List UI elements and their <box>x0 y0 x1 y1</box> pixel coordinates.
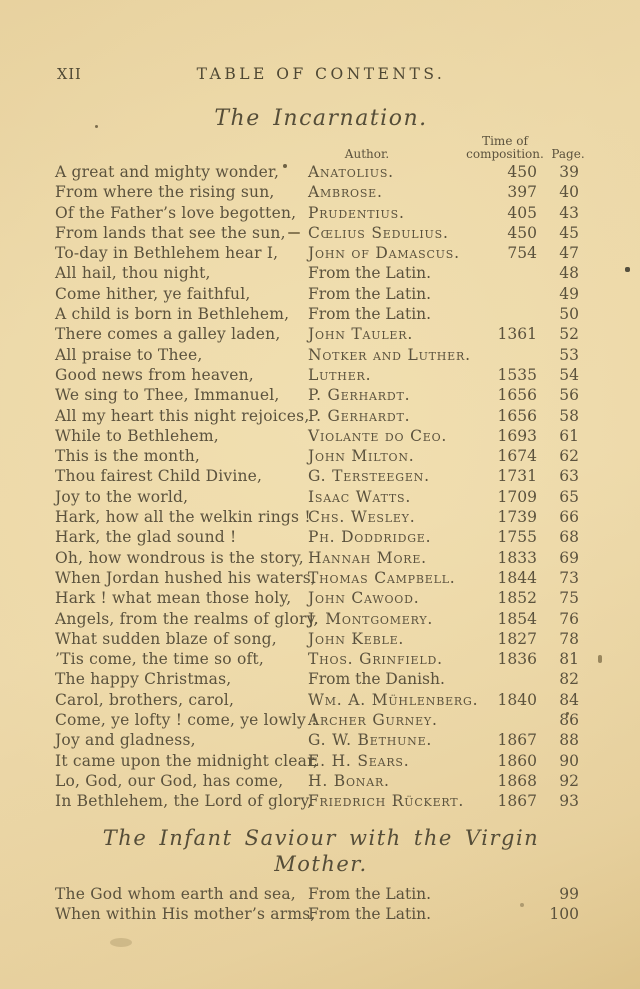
composition-year <box>480 904 537 924</box>
composition-year <box>480 345 537 365</box>
hymn-author: E. H. Sears. <box>308 751 480 771</box>
hymn-first-line: Thou fairest Child Divine, <box>55 466 308 486</box>
toc-row: To-day in Bethlehem hear I,John of Damas… <box>55 243 587 263</box>
page-number: 99 <box>537 884 587 904</box>
hymn-first-line: It came upon the midnight clear, <box>55 751 308 771</box>
composition-year: 1840 <box>480 690 537 710</box>
hymn-first-line: From lands that see the sun, <box>55 223 308 243</box>
toc-row: From lands that see the sun,Cœlius Sedul… <box>55 223 587 243</box>
hymn-first-line: To-day in Bethlehem hear I, <box>55 243 308 263</box>
composition-year: 1836 <box>480 649 537 669</box>
hymn-first-line: What sudden blaze of song, <box>55 629 308 649</box>
toc-row: Carol, brothers, carol,Wm. A. Mühlenberg… <box>55 690 587 710</box>
composition-year: 1860 <box>480 751 537 771</box>
toc-row: What sudden blaze of song,John Keble.182… <box>55 629 587 649</box>
page-number: 47 <box>537 243 587 263</box>
hymn-first-line: Oh, how wondrous is the story, <box>55 548 308 568</box>
page-number: 61 <box>537 426 587 446</box>
hymn-first-line: This is the month, <box>55 446 308 466</box>
toc-row: It came upon the midnight clear,E. H. Se… <box>55 751 587 771</box>
hymn-author: P. Gerhardt. <box>308 406 480 426</box>
toc-row: While to Bethlehem,Violante do Ceo.16936… <box>55 426 587 446</box>
page-number: 90 <box>537 751 587 771</box>
hymn-first-line: The happy Christmas, <box>55 669 308 689</box>
toc-row: From where the rising sun,Ambrose.39740 <box>55 182 587 202</box>
hymn-author: John Tauler. <box>308 324 480 344</box>
composition-year: 1709 <box>480 487 537 507</box>
toc-row: When within His mother’s arms,From the L… <box>55 904 587 924</box>
toc-row: This is the month,John Milton.167462 <box>55 446 587 466</box>
composition-year: 1535 <box>480 365 537 385</box>
composition-year: 450 <box>480 223 537 243</box>
time-header-line2: composition. <box>453 148 557 161</box>
page-number: 81 <box>537 649 587 669</box>
hymn-author: From the Latin. <box>308 304 480 324</box>
hymn-author: G. Tersteegen. <box>308 466 480 486</box>
hymn-author: Ph. Doddridge. <box>308 527 480 547</box>
hymn-first-line: We sing to Thee, Immanuel, <box>55 385 308 405</box>
paper-speck <box>95 125 98 128</box>
running-head-title: TABLE OF CONTENTS. <box>57 65 585 83</box>
toc-row: ’Tis come, the time so oft,Thos. Grinfie… <box>55 649 587 669</box>
column-headers: Author.Time ofcomposition.Page. <box>55 132 587 162</box>
table-of-contents: The Incarnation.Author.Time ofcompositio… <box>55 100 587 924</box>
toc-row: Good news from heaven,Luther.153554 <box>55 365 587 385</box>
hymn-first-line: Hark, the glad sound ! <box>55 527 308 547</box>
page-number: 45 <box>537 223 587 243</box>
hymn-first-line: In Bethlehem, the Lord of glory, <box>55 791 308 811</box>
hymn-first-line: A child is born in Bethlehem, <box>55 304 308 324</box>
toc-row: The God whom earth and sea,From the Lati… <box>55 884 587 904</box>
page-number: 82 <box>537 669 587 689</box>
hymn-author: John of Damascus. <box>308 243 480 263</box>
composition-year: 754 <box>480 243 537 263</box>
composition-year: 1656 <box>480 406 537 426</box>
toc-row: Thou fairest Child Divine,G. Tersteegen.… <box>55 466 587 486</box>
paper-speck <box>288 232 300 234</box>
page-number: 84 <box>537 690 587 710</box>
hymn-author: Anatolius. <box>308 162 480 182</box>
toc-row: All hail, thou night,From the Latin.48 <box>55 263 587 283</box>
hymn-first-line: When within His mother’s arms, <box>55 904 308 924</box>
toc-row: We sing to Thee, Immanuel,P. Gerhardt.16… <box>55 385 587 405</box>
hymn-author: Prudentius. <box>308 203 480 223</box>
composition-year: 1361 <box>480 324 537 344</box>
composition-year: 1867 <box>480 791 537 811</box>
page-number: 58 <box>537 406 587 426</box>
hymn-first-line: Joy and gladness, <box>55 730 308 750</box>
composition-year <box>480 284 537 304</box>
hymn-author: Ambrose. <box>308 182 480 202</box>
hymn-first-line: Good news from heaven, <box>55 365 308 385</box>
paper-speck <box>566 712 569 715</box>
hymn-author: Hannah More. <box>308 548 480 568</box>
page-number: 88 <box>537 730 587 750</box>
page-number: 76 <box>537 609 587 629</box>
toc-row: All my heart this night rejoices,P. Gerh… <box>55 406 587 426</box>
composition-year: 1656 <box>480 385 537 405</box>
section-title: The Infant Saviour with the Virgin Mothe… <box>55 825 587 877</box>
hymn-first-line: Hark, how all the welkin rings ! <box>55 507 308 527</box>
hymn-author: Luther. <box>308 365 480 385</box>
hymn-first-line: Carol, brothers, carol, <box>55 690 308 710</box>
hymn-first-line: The God whom earth and sea, <box>55 884 308 904</box>
composition-year: 1827 <box>480 629 537 649</box>
composition-year: 1731 <box>480 466 537 486</box>
page-number: 66 <box>537 507 587 527</box>
hymn-first-line: Come, ye lofty ! come, ye lowly ! <box>55 710 308 730</box>
hymn-first-line: From where the rising sun, <box>55 182 308 202</box>
page-number: 63 <box>537 466 587 486</box>
hymn-author: From the Latin. <box>308 284 480 304</box>
hymn-author: Thomas Campbell. <box>308 568 480 588</box>
page-number: 49 <box>537 284 587 304</box>
hymn-first-line: ’Tis come, the time so oft, <box>55 649 308 669</box>
composition-year: 1755 <box>480 527 537 547</box>
hymn-author: Chs. Wesley. <box>308 507 480 527</box>
page-number: 62 <box>537 446 587 466</box>
hymn-author: Friedrich Rückert. <box>308 791 480 811</box>
hymn-author: H. Bonar. <box>308 771 480 791</box>
page-number: 75 <box>537 588 587 608</box>
page-number: 39 <box>537 162 587 182</box>
toc-row: The happy Christmas,From the Danish.82 <box>55 669 587 689</box>
composition-year <box>480 669 537 689</box>
hymn-author: Notker and Luther. <box>308 345 480 365</box>
composition-year: 1867 <box>480 730 537 750</box>
hymn-first-line: Lo, God, our God, has come, <box>55 771 308 791</box>
toc-row: In Bethlehem, the Lord of glory,Friedric… <box>55 791 587 811</box>
hymn-author: John Milton. <box>308 446 480 466</box>
page-number: 93 <box>537 791 587 811</box>
page-number: 73 <box>537 568 587 588</box>
page-number: 78 <box>537 629 587 649</box>
hymn-author: Cœlius Sedulius. <box>308 223 480 243</box>
composition-year: 1739 <box>480 507 537 527</box>
composition-year: 1868 <box>480 771 537 791</box>
author-column-header: Author. <box>305 147 429 161</box>
page-number: 86 <box>537 710 587 730</box>
hymn-first-line: All my heart this night rejoices, <box>55 406 308 426</box>
toc-row: Joy to the world,Isaac Watts.170965 <box>55 487 587 507</box>
composition-year: 397 <box>480 182 537 202</box>
hymn-first-line: All hail, thou night, <box>55 263 308 283</box>
running-head: XII TABLE OF CONTENTS. <box>57 64 585 86</box>
toc-row: Hark, how all the welkin rings !Chs. Wes… <box>55 507 587 527</box>
composition-year: 1833 <box>480 548 537 568</box>
hymn-author: John Keble. <box>308 629 480 649</box>
page-number: 48 <box>537 263 587 283</box>
page-number: 50 <box>537 304 587 324</box>
hymn-first-line: A great and mighty wonder, <box>55 162 308 182</box>
page-number: 53 <box>537 345 587 365</box>
page-number: 65 <box>537 487 587 507</box>
toc-row: A child is born in Bethlehem,From the La… <box>55 304 587 324</box>
composition-year: 1693 <box>480 426 537 446</box>
toc-row: Angels, from the realms of glory,J. Mont… <box>55 609 587 629</box>
hymn-author: From the Latin. <box>308 904 480 924</box>
toc-row: Joy and gladness,G. W. Bethune.186788 <box>55 730 587 750</box>
composition-year: 1854 <box>480 609 537 629</box>
hymn-author: From the Latin. <box>308 263 480 283</box>
page-number: 52 <box>537 324 587 344</box>
book-page: XII TABLE OF CONTENTS. The Incarnation.A… <box>0 0 640 989</box>
composition-year <box>480 710 537 730</box>
paper-speck <box>110 938 132 947</box>
composition-year: 405 <box>480 203 537 223</box>
hymn-first-line: Joy to the world, <box>55 487 308 507</box>
composition-year <box>480 263 537 283</box>
toc-row: Of the Father’s love begotten,Prudentius… <box>55 203 587 223</box>
toc-row: Lo, God, our God, has come,H. Bonar.1868… <box>55 771 587 791</box>
page-number: 56 <box>537 385 587 405</box>
hymn-author: J. Montgomery. <box>308 609 480 629</box>
composition-year <box>480 304 537 324</box>
paper-speck <box>283 164 287 168</box>
toc-row: Come, ye lofty ! come, ye lowly !Archer … <box>55 710 587 730</box>
hymn-author: Wm. A. Mühlenberg. <box>308 690 480 710</box>
page-column-header: Page. <box>545 147 591 161</box>
hymn-first-line: Angels, from the realms of glory, <box>55 609 308 629</box>
composition-year: 1844 <box>480 568 537 588</box>
page-number: 69 <box>537 548 587 568</box>
hymn-author: Thos. Grinfield. <box>308 649 480 669</box>
toc-row: When Jordan hushed his waters,Thomas Cam… <box>55 568 587 588</box>
toc-row: There comes a galley laden,John Tauler.1… <box>55 324 587 344</box>
hymn-first-line: While to Bethlehem, <box>55 426 308 446</box>
hymn-author: From the Latin. <box>308 884 480 904</box>
page-number: 92 <box>537 771 587 791</box>
time-of-composition-column-header: Time ofcomposition. <box>453 135 557 161</box>
hymn-first-line: Of the Father’s love begotten, <box>55 203 308 223</box>
toc-row: Hark ! what mean those holy,John Cawood.… <box>55 588 587 608</box>
page-number: 54 <box>537 365 587 385</box>
hymn-author: From the Danish. <box>308 669 480 689</box>
page-number: 40 <box>537 182 587 202</box>
hymn-author: G. W. Bethune. <box>308 730 480 750</box>
toc-row: Oh, how wondrous is the story,Hannah Mor… <box>55 548 587 568</box>
section-title: The Incarnation. <box>55 106 587 132</box>
page-number: 68 <box>537 527 587 547</box>
hymn-first-line: When Jordan hushed his waters, <box>55 568 308 588</box>
composition-year: 450 <box>480 162 537 182</box>
paper-speck <box>598 655 602 663</box>
hymn-author: Isaac Watts. <box>308 487 480 507</box>
paper-speck <box>520 903 524 907</box>
toc-row: All praise to Thee,Notker and Luther.53 <box>55 345 587 365</box>
hymn-first-line: Hark ! what mean those holy, <box>55 588 308 608</box>
hymn-author: P. Gerhardt. <box>308 385 480 405</box>
page-number: 43 <box>537 203 587 223</box>
hymn-first-line: Come hither, ye faithful, <box>55 284 308 304</box>
paper-speck <box>625 267 630 272</box>
hymn-author: John Cawood. <box>308 588 480 608</box>
composition-year: 1852 <box>480 588 537 608</box>
toc-row: Hark, the glad sound !Ph. Doddridge.1755… <box>55 527 587 547</box>
composition-year: 1674 <box>480 446 537 466</box>
composition-year <box>480 884 537 904</box>
toc-row: A great and mighty wonder,Anatolius.4503… <box>55 162 587 182</box>
hymn-first-line: There comes a galley laden, <box>55 324 308 344</box>
toc-row: Come hither, ye faithful,From the Latin.… <box>55 284 587 304</box>
page-number: 100 <box>537 904 587 924</box>
hymn-author: Violante do Ceo. <box>308 426 480 446</box>
hymn-first-line: All praise to Thee, <box>55 345 308 365</box>
hymn-author: Archer Gurney. <box>308 710 480 730</box>
